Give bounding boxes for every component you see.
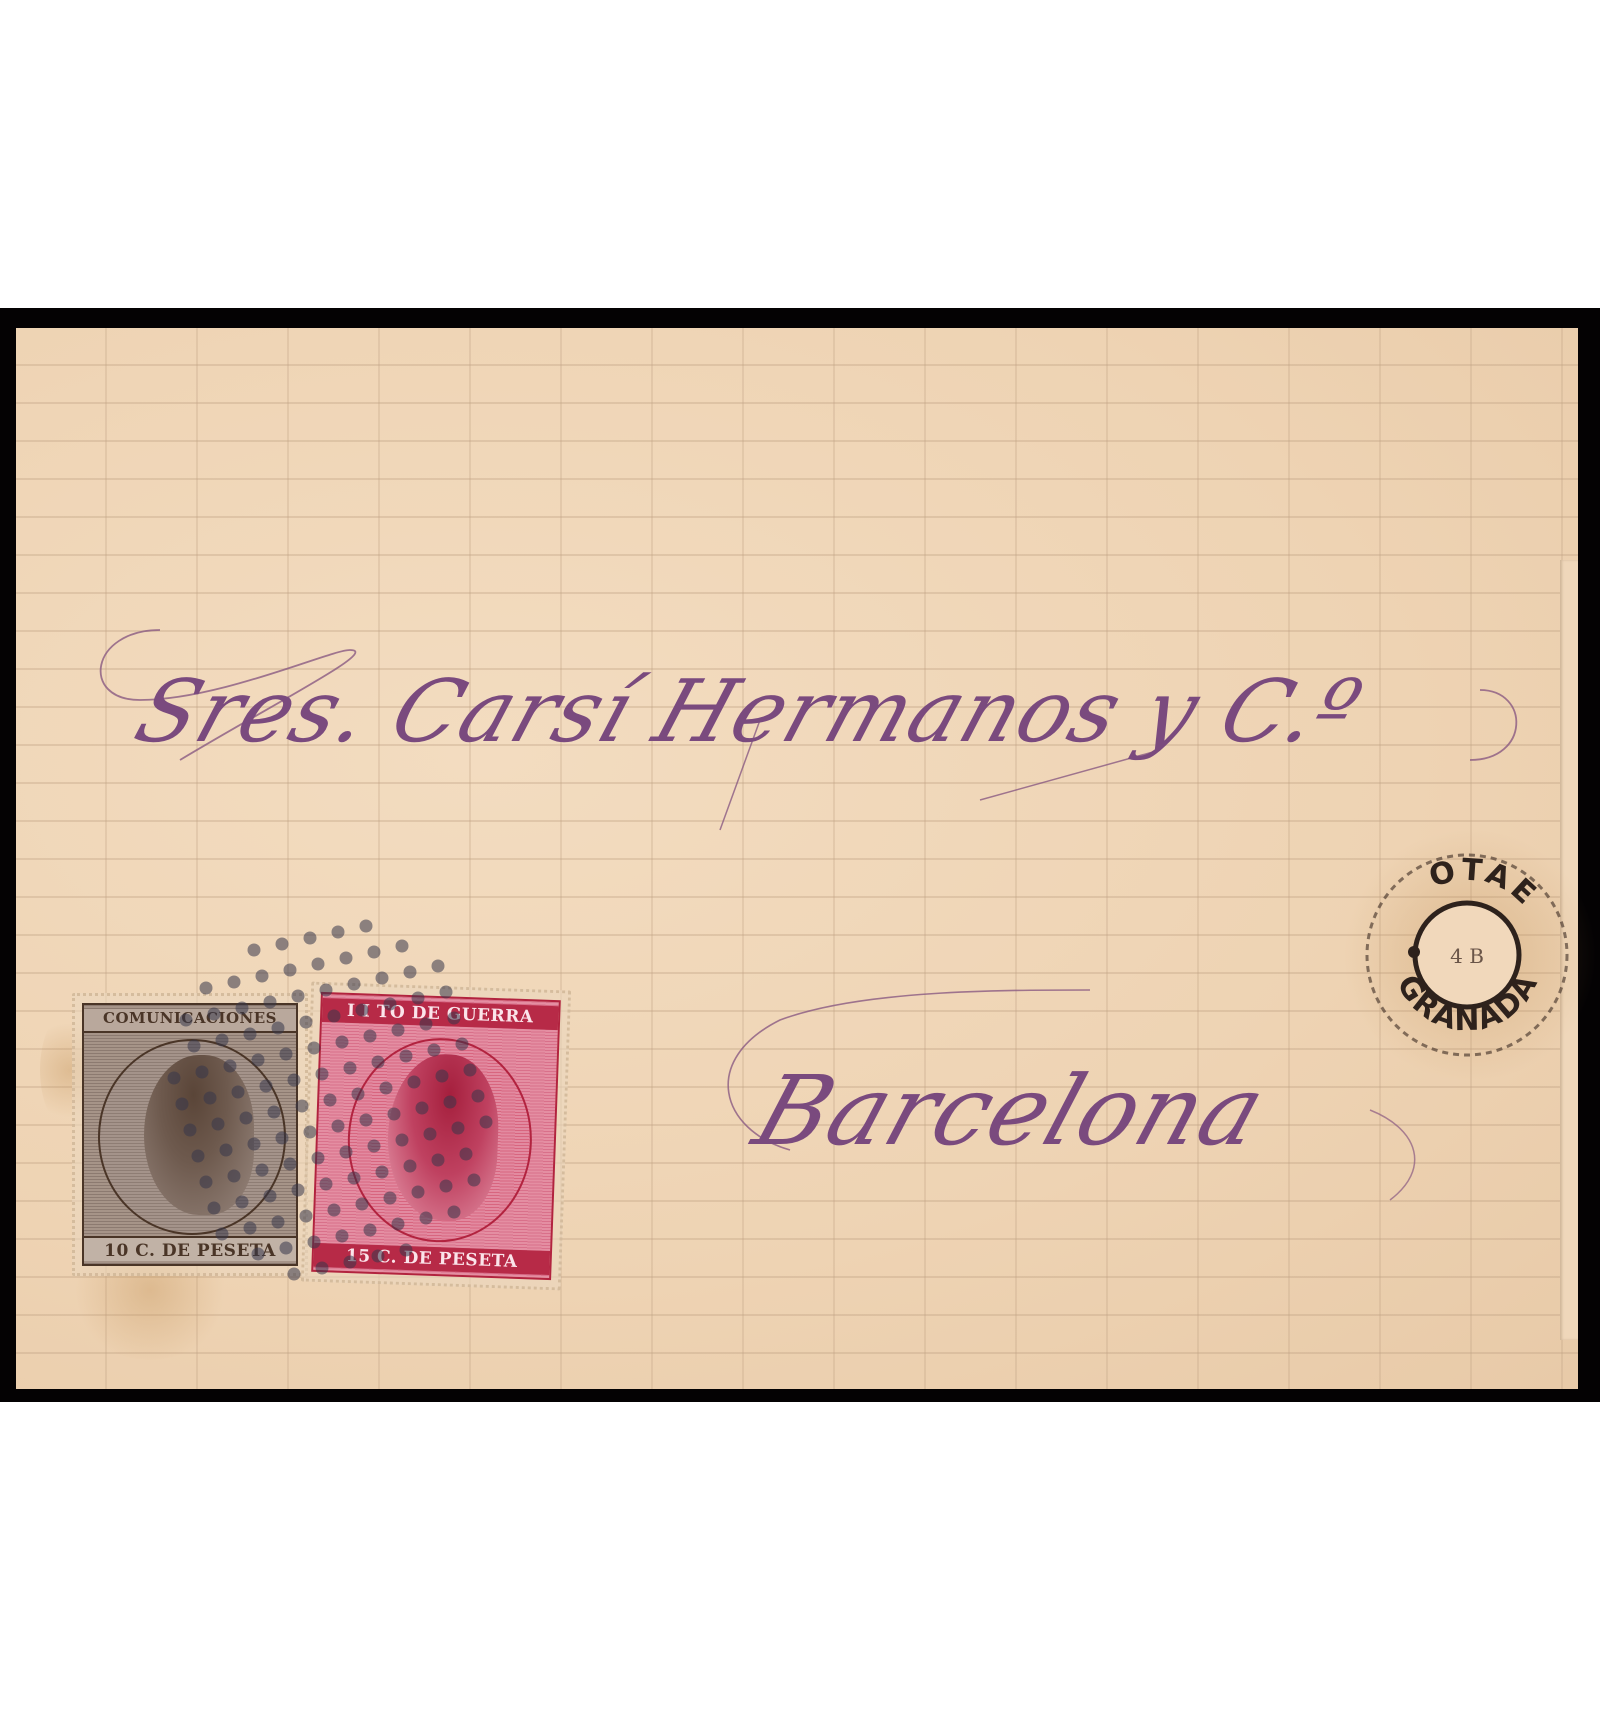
stamp-top-label: COMUNICACIONES <box>84 1009 296 1033</box>
address-recipient: Sres. Carsí Hermanos y C.º <box>124 662 1374 762</box>
postmark-date: 4 B <box>1450 944 1484 968</box>
stamp-top-label: I I TO DE GUERRA <box>322 998 559 1030</box>
stamp-value-label: 15 C. DE PESETA <box>313 1243 550 1275</box>
stamp-body: I I TO DE GUERRA 15 C. DE PESETA <box>311 992 561 1280</box>
stamp-impuesto-de-guerra: I I TO DE GUERRA 15 C. DE PESETA <box>311 992 561 1280</box>
circular-postmark: OTAE GRANADA 4 B <box>1352 840 1582 1070</box>
king-portrait <box>144 1055 254 1215</box>
stamp-value-label: 10 C. DE PESETA <box>84 1236 296 1261</box>
stamp-comunicaciones: COMUNICACIONES 10 C. DE PESETA <box>82 1003 298 1266</box>
stamp-body: COMUNICACIONES 10 C. DE PESETA <box>82 1003 298 1266</box>
address-city: Barcelona <box>742 1055 1279 1167</box>
